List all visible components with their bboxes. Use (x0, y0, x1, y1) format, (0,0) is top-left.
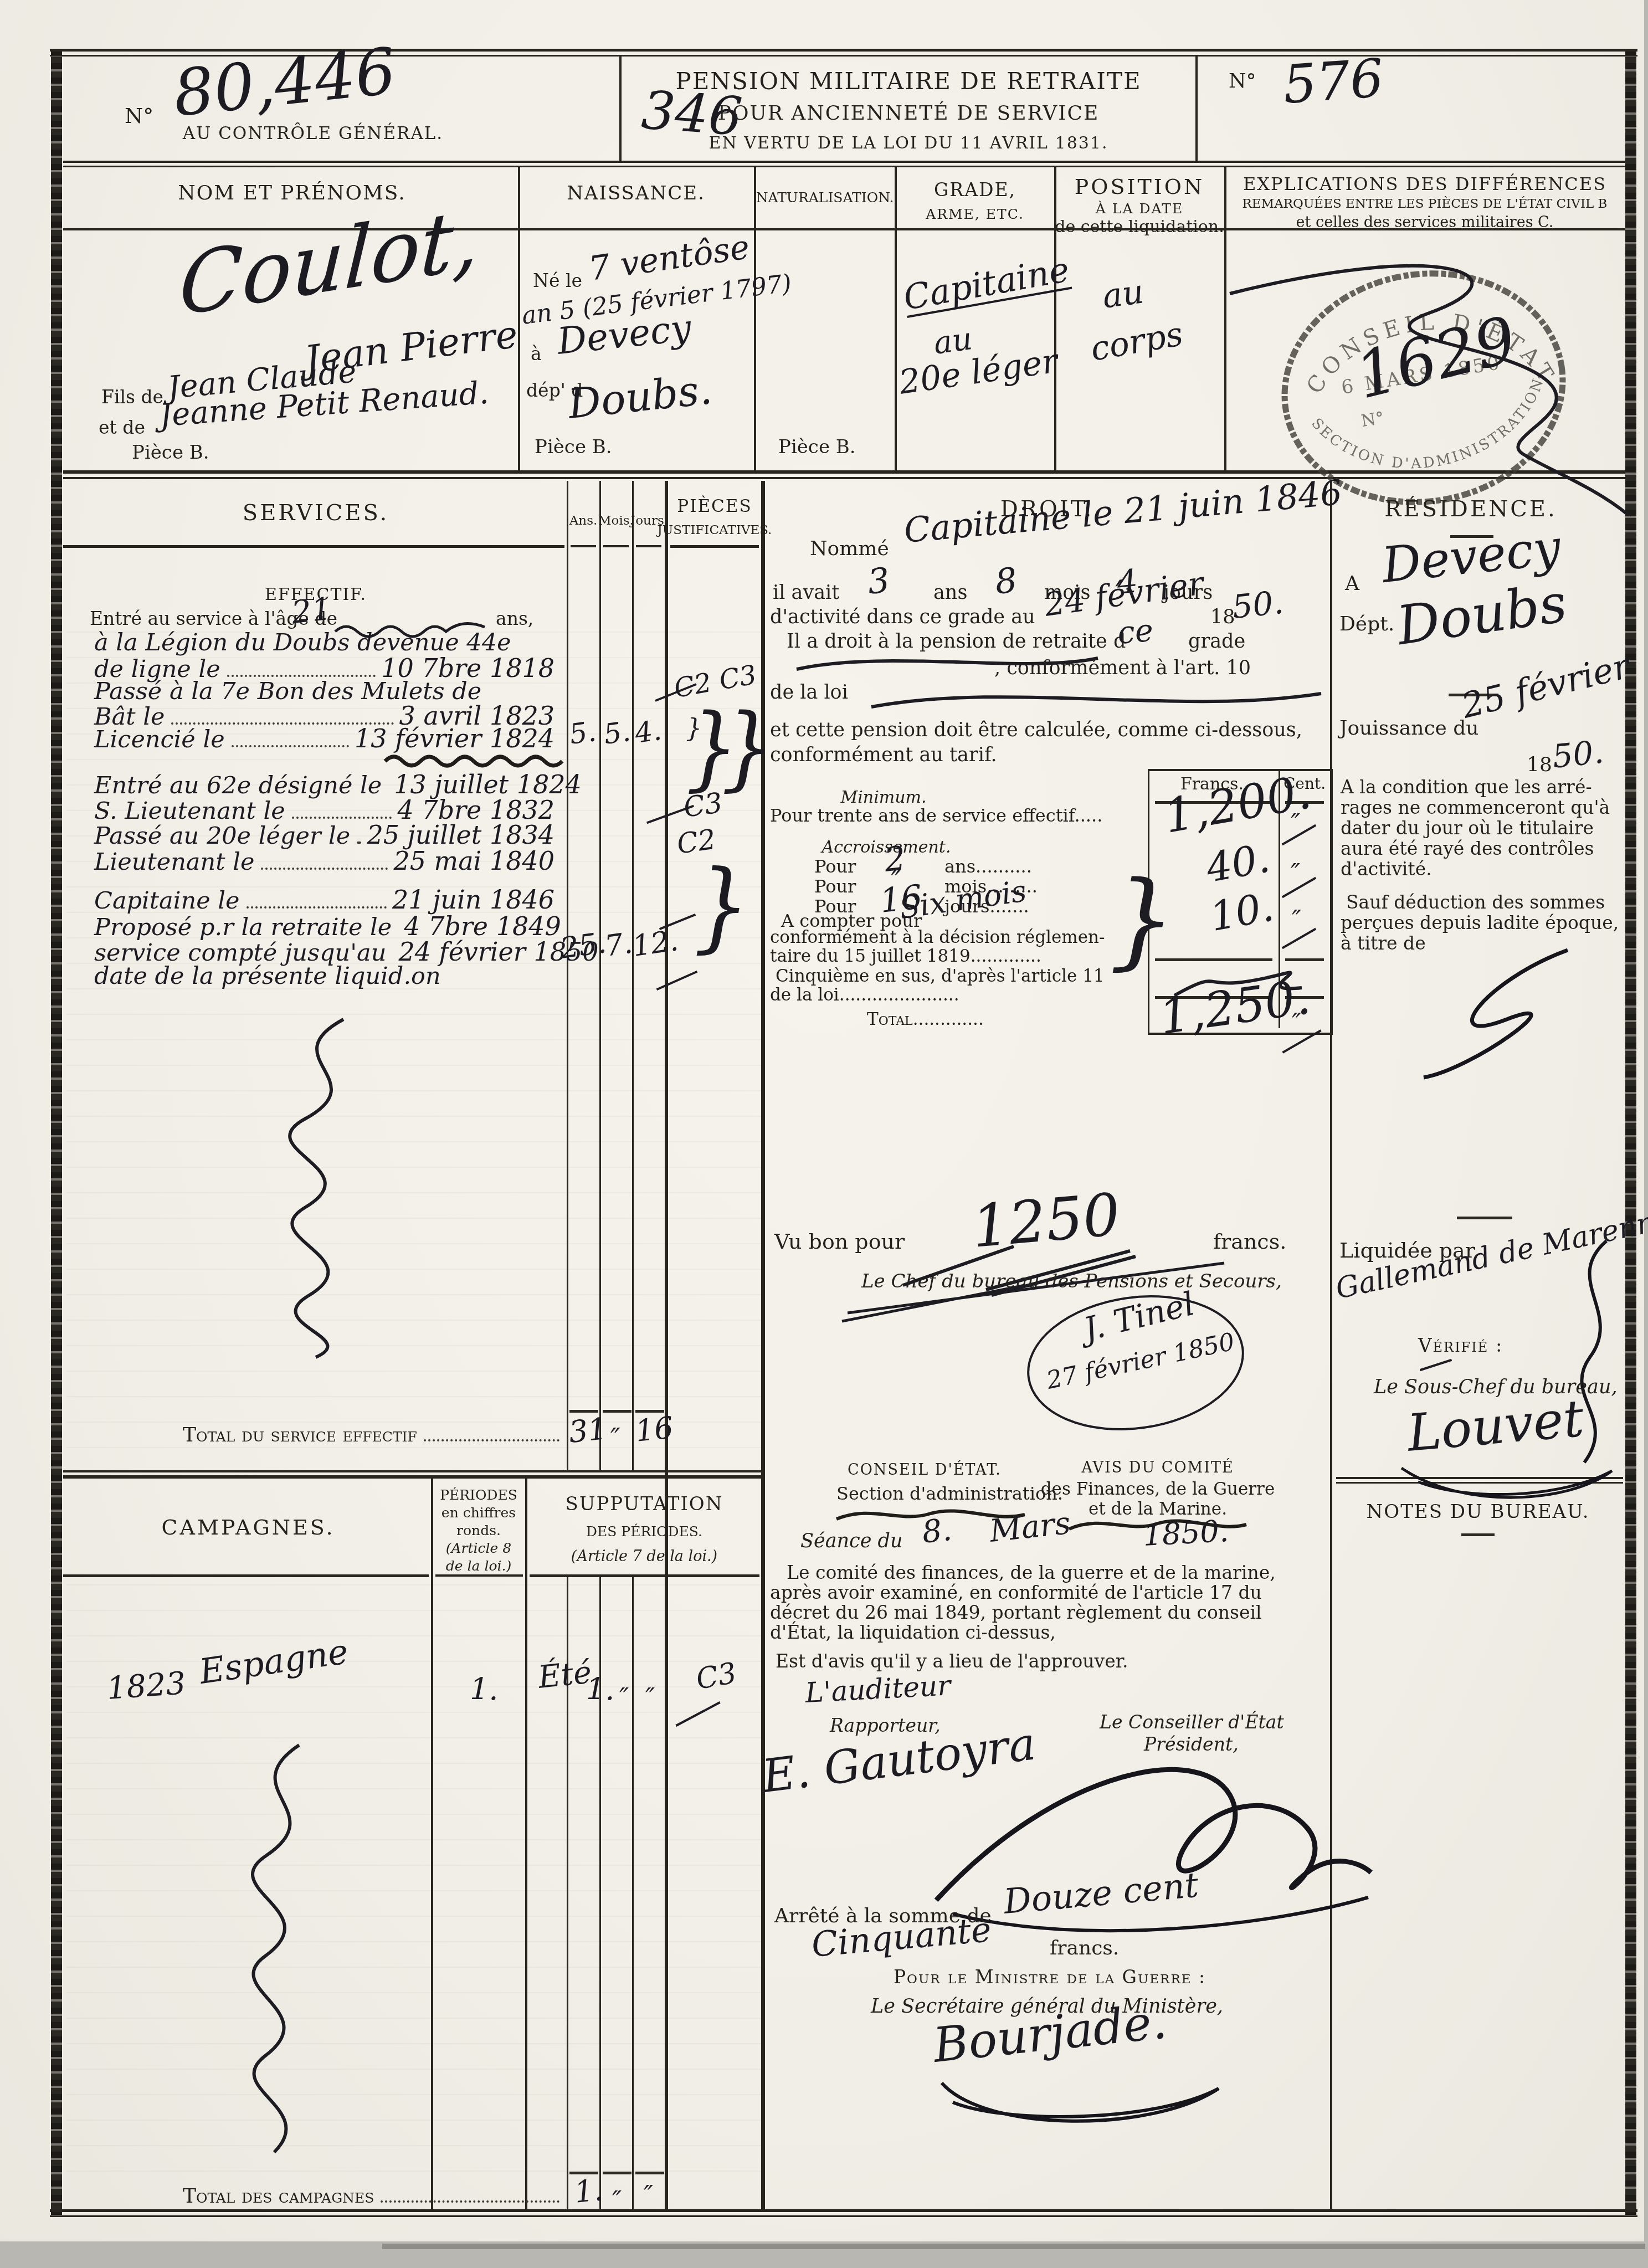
right-number: 576 (1281, 52, 1385, 114)
verifie-label: Vérifié : (1418, 1336, 1503, 1356)
avis-1: AVIS DU COMITÉ (1081, 1460, 1234, 1476)
seance-label: Séance du (800, 1531, 903, 1552)
total-campagnes-mois: ″ (612, 2187, 622, 2214)
services-title: SERVICES. (243, 501, 389, 525)
col-ans: Ans. (569, 514, 598, 527)
pieces-brace-4: } (694, 855, 750, 957)
entre-age: 21 (290, 593, 333, 630)
campagnes-title: CAMPAGNES. (161, 1517, 335, 1539)
jouissance-year-script: 50. (1551, 735, 1605, 774)
cent-2: ″ (1291, 860, 1300, 886)
piece-naturalisation: Pièce B. (778, 438, 856, 458)
cond-3: dater du jour où le titulaire (1341, 819, 1594, 838)
approuver-line: Est d'avis qu'il y a lieu de l'approuver… (776, 1652, 1128, 1671)
cond-4: aura été rayé des contrôles (1341, 839, 1594, 859)
service-row: Capitaine le21 juin 1846 (94, 886, 568, 914)
scanned-pension-document: N° 80,446 AU CONTRÔLE GÉNÉRAL. 346 PENSI… (0, 0, 1648, 2268)
col-naissance: NAISSANCE. (567, 184, 705, 204)
licencie-mois: 5. (602, 717, 633, 750)
control-no-label: N° (125, 105, 153, 127)
licencie-jours: 4. (633, 716, 664, 748)
piece-nom: Pièce B. (132, 443, 209, 463)
jouissance-year-pre: 18 (1527, 755, 1552, 776)
total-campagnes-row: Total des campagnes (183, 2186, 565, 2208)
conformement: , conformément à l'art. 10 (994, 658, 1251, 679)
calc-1: et cette pension doit être calculée, com… (770, 720, 1302, 741)
supput-3: (Article 7 de la loi.) (571, 1549, 717, 1564)
position-script-1: au (1100, 274, 1146, 315)
compte-jours: 12. (630, 926, 680, 962)
trente-label: Pour trente ans de service effectif..... (770, 807, 1102, 825)
nomme-label: Nommé (810, 538, 889, 560)
pieces-brace-3: } (721, 700, 774, 796)
pension-script: ce (1116, 615, 1154, 650)
sauf-1: Sauf déduction des sommes (1346, 893, 1605, 912)
para-2: après avoir examiné, en conformité de l'… (770, 1583, 1262, 1603)
months-val: 8 (993, 562, 1019, 600)
right-no-label: N° (1229, 71, 1256, 92)
activite-year-script: 50. (1231, 586, 1285, 624)
col-naturalisation: NATURALISATION. (756, 191, 894, 205)
service-row: Licencié le13 février 1824 (94, 725, 568, 753)
compte-mois: 7. (603, 928, 634, 962)
sauf-2: perçues depuis ladite époque, (1341, 914, 1619, 933)
amount-10: 10. (1207, 886, 1277, 938)
title-line2: POUR ANCIENNETÉ DE SERVICE (718, 103, 1100, 124)
minimum-label: Minimum. (841, 789, 927, 807)
et-de-label: et de (99, 418, 145, 438)
service-row: date de la présente liquid.on (94, 964, 568, 989)
col-grade-1: GRADE, (934, 181, 1016, 200)
total-campagnes-jours: ″ (644, 2182, 653, 2208)
seance-day: 8. (921, 1514, 953, 1549)
title-line1: PENSION MILITAIRE DE RETRAITE (675, 69, 1141, 94)
avis-2: des Finances, de la Guerre (1041, 1480, 1275, 1499)
col-position-2: À LA DATE (1096, 202, 1183, 216)
campagne-supput: Été (537, 1656, 593, 1695)
residence-flourish (1401, 942, 1590, 1086)
total-campagnes-ans: 1. (573, 2174, 604, 2209)
campagne-year: 1823 (106, 1667, 187, 1706)
title-line3: EN VERTU DE LA LOI DU 11 AVRIL 1831. (709, 135, 1108, 152)
cinq-2: de la loi...................... (770, 986, 959, 1004)
total-mois: ″ (610, 1425, 620, 1453)
col-expl-3: et celles des services militaires C. (1296, 215, 1554, 230)
col-expl-2: REMARQUÉES ENTRE LES PIÈCES DE L'ÉTAT CI… (1243, 197, 1608, 211)
col-position-3: de cette liquidation. (1055, 218, 1224, 236)
periodes-5: de la loi.) (446, 1559, 511, 1573)
conseil-2: Section d'administration. (836, 1485, 1063, 1504)
cent-3: ″ (1292, 906, 1301, 933)
secretaire-flourish (920, 2072, 1230, 2133)
left-border-ornament (50, 49, 63, 2216)
residence-title: RÉSIDENCE. (1384, 497, 1557, 521)
amount-40: 40. (1203, 837, 1273, 889)
de-la-loi: de la loi (770, 683, 848, 703)
pour-1: Pour (814, 858, 856, 876)
para-4: d'État, la liquidation ci-dessus, (770, 1623, 1056, 1643)
cond-5: d'activité. (1341, 860, 1432, 879)
campagne-jours: ″ (645, 1684, 655, 1711)
campagne-ans: 1. (586, 1674, 615, 1706)
periodes-3: ronds. (456, 1523, 501, 1538)
seance-year: 1850. (1142, 1516, 1229, 1552)
conseiller-1: Le Conseiller d'État (1100, 1713, 1284, 1732)
vu-bon-label: Vu bon pour (774, 1231, 905, 1253)
col-position-1: POSITION (1075, 176, 1205, 198)
pieces-c3: C3 (682, 788, 725, 823)
total-ans: 31 (567, 1413, 608, 1449)
ne-le-label: Né le (533, 271, 582, 291)
piece-naissance: Pièce B. (535, 438, 612, 458)
swash-2 (867, 687, 1327, 715)
services-flourish (238, 1014, 404, 1363)
cinq-1: Cinquième en sus, d'après l'article 11 (776, 967, 1105, 986)
conseil-1: CONSEIL D'ÉTAT. (848, 1463, 1002, 1478)
licencie-ans: 5. (568, 717, 598, 750)
service-row: Passé au 20e léger le25 juillet 1834 (94, 822, 568, 849)
col-nom: NOM ET PRÉNOMS. (178, 183, 405, 204)
tarif-total-label: Total............. (867, 1010, 984, 1029)
service-row: Lieutenant le25 mai 1840 (94, 848, 568, 875)
grade-word: grade (1188, 632, 1245, 652)
control-caption: AU CONTRÔLE GÉNÉRAL. (183, 125, 443, 143)
cond-2: rages ne commenceront qu'à (1341, 798, 1610, 818)
calc-2: conformément au tarif. (770, 745, 997, 766)
service-row: à la Légion du Doubs devenue 44e (94, 630, 568, 655)
ans-word: ans (933, 583, 967, 603)
pension-label: Il a droit à la pension de retraite d (787, 632, 1126, 652)
arrete-francs: francs. (1050, 1938, 1119, 1959)
notes-title: NOTES DU BUREAU. (1367, 1502, 1590, 1522)
conf-2: taire du 15 juillet 1819............. (770, 947, 1041, 966)
total-service-row: Total du service effectif (183, 1425, 565, 1447)
ministre-label: Pour le Ministre de la Guerre : (894, 1968, 1206, 1987)
cent-4: ″ (1292, 1009, 1301, 1036)
supput-2: DES PÉRIODES. (586, 1525, 702, 1539)
col-pieces-1: PIÈCES (677, 497, 752, 516)
campagne-mois: ″ (619, 1684, 629, 1711)
periodes-4: (Article 8 (446, 1541, 511, 1556)
entre-suffix: ans, (496, 609, 533, 629)
periodes-2: en chiffres (441, 1506, 516, 1520)
total-jours: 16 (634, 1412, 675, 1448)
compte-ans: 25. (558, 928, 608, 964)
il-avait: il avait (773, 583, 839, 603)
vu-francs: francs. (1213, 1231, 1286, 1253)
residence-dep-label: Dépt. (1339, 614, 1394, 635)
right-border-ornament (1624, 49, 1637, 2216)
campagne-periodes: 1. (470, 1674, 499, 1706)
activite-label: d'activité dans ce grade au (770, 607, 1035, 628)
residence-a-label: A (1345, 573, 1359, 594)
campagnes-flourish (205, 1740, 349, 2161)
col-expl-1: EXPLICATIONS DES DIFFÉRENCES (1243, 175, 1606, 194)
wavy-divider (382, 753, 576, 768)
auditeur-script: L'auditeur (804, 1671, 951, 1707)
jouissance-label: Jouissance du (1339, 718, 1479, 739)
ans-dots: ans.......... (944, 858, 1032, 876)
pour-2: Pour (814, 878, 856, 896)
cond-1: A la condition que les arré- (1341, 778, 1592, 797)
supput-1: SUPPUTATION (565, 1495, 723, 1515)
col-mois: Mois. (598, 514, 634, 527)
para-3: décret du 26 mai 1849, portant règlement… (770, 1603, 1262, 1623)
a-label: à (531, 345, 542, 364)
col-pieces-2: JUSTIFICATIVES. (658, 524, 772, 537)
cent-1: ″ (1291, 810, 1300, 837)
para-1: Le comité des finances, de la guerre et … (787, 1563, 1276, 1583)
campagne-pieces: C3 (694, 1658, 739, 1695)
periodes-1: PÉRIODES (440, 1488, 517, 1502)
fils-de-label: Fils de (101, 388, 163, 407)
conf-1: conformément à la décision réglemen- (770, 928, 1105, 947)
seance-month: Mars (988, 1507, 1072, 1548)
years-val: 3 (866, 562, 891, 600)
col-grade-2: ARME, ETC. (926, 207, 1024, 222)
activite-year-pre: 18 (1210, 607, 1235, 628)
